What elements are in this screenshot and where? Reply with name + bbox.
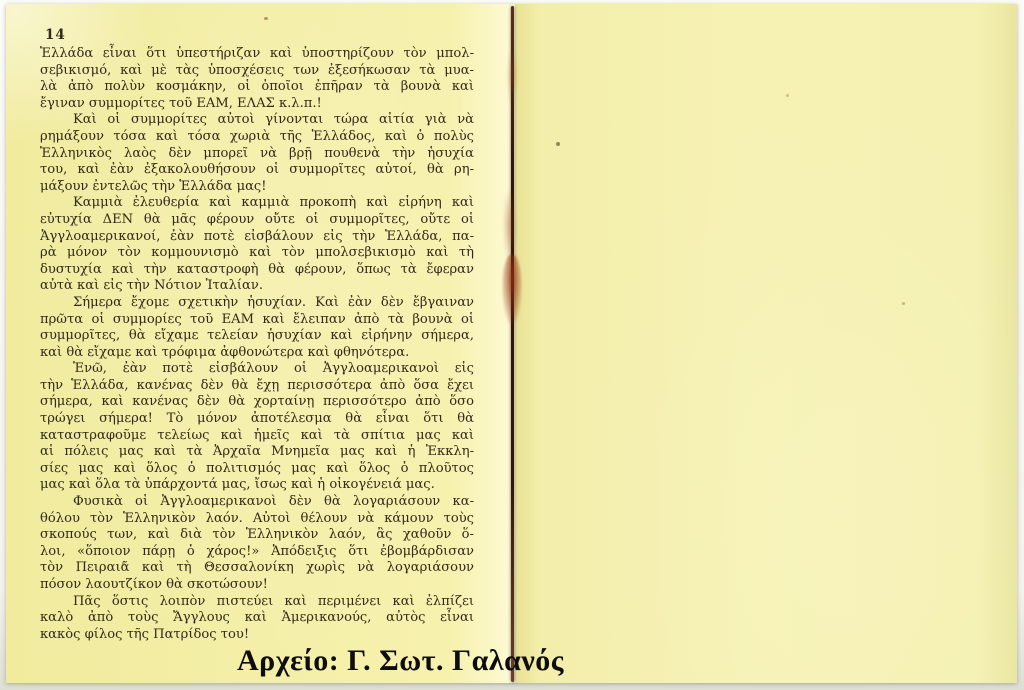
text-line: πρῶτα οἱ συμμορίες τοῦ ΕΑΜ καὶ ἔλειπαν ἀ… bbox=[40, 312, 474, 329]
text-line: Φυσικὰ οἱ Ἀγγλοαμερικανοὶ δὲν θὰ λογαριά… bbox=[40, 494, 474, 511]
text-line: καὶ θὰ εἴχαμε καὶ τρόφιμα ἀφθονώτερα καὶ… bbox=[40, 345, 474, 362]
text-line: σήμερα, καὶ κανένας δὲν θὰ χορταίνῃ περι… bbox=[40, 394, 474, 411]
text-line: κακὸς φίλος τῆς Πατρίδος του! bbox=[40, 627, 474, 644]
text-line: αἱ πόλεις μας καὶ τὰ Ἀρχαῖα Μνημεῖα μας … bbox=[40, 444, 474, 461]
text-line: αὐτὰ καὶ εἰς τὴν Νότιον Ἰταλίαν. bbox=[40, 278, 474, 295]
text-line: δυστυχία καὶ τὴν καταστροφὴ θὰ φέρουν, ὅ… bbox=[40, 262, 474, 279]
text-line: του, καὶ ἐὰν ἐξακολουθήσουν οἱ συμμορῖτε… bbox=[40, 162, 474, 179]
text-line: Ἑλληνικὸς λαὸς δὲν μπορεῖ νὰ βρῇ πουθενὰ… bbox=[40, 146, 474, 163]
text-line: σίες μας καὶ ὅλος ὁ πολιτισμός μας καὶ ὅ… bbox=[40, 461, 474, 478]
text-line: λοι, «ὅποιον πάρῃ ὁ χάρος!» Ἀπόδειξις ὅτ… bbox=[40, 544, 474, 561]
text-line: καλὸ ἀπὸ τοὺς Ἄγγλους καὶ Ἀμερικανούς, α… bbox=[40, 610, 474, 627]
text-line: μας καὶ ὅλα τὰ ὑπάρχοντά μας, ἴσως καὶ ἡ… bbox=[40, 477, 474, 494]
text-line: ρημάξουν τόσα καὶ τόσα χωριὰ τῆς Ἑλλάδος… bbox=[40, 129, 474, 146]
text-line: Καὶ οἱ συμμορίτες αὐτοὶ γίνονται τώρα αἰ… bbox=[40, 112, 474, 129]
text-line: θόλου τὸν Ἑλληνικὸν λαόν. Αὐτοὶ θέλουν ν… bbox=[40, 511, 474, 528]
text-line: μάξουν ἐντελῶς τὴν Ἑλλάδα μας! bbox=[40, 179, 474, 196]
text-line: λὰ ἀπὸ πολὺν κοσμάκην, οἱ ὁποῖοι ἐπῆραν … bbox=[40, 79, 474, 96]
text-line: καταστραφοῦμε τελείως καὶ ἡμεῖς καὶ τὰ σ… bbox=[40, 428, 474, 445]
text-line: Καμμιὰ ἐλευθερία καὶ καμμιὰ προκοπὴ καὶ … bbox=[40, 195, 474, 212]
page-number-left: 14 bbox=[45, 27, 66, 43]
text-line: Ἐνῶ, ἐὰν ποτὲ εἰσβάλουν οἱ Ἀγγλοαμερικαν… bbox=[40, 361, 474, 378]
text-line: Ἀγγλοαμερικανοί, ἐὰν ποτὲ εἰσβάλουν εἰς … bbox=[40, 229, 474, 246]
page-right: 15 Ὁ καθένας βλέπει σήμερα ὅτι ἡ κατάστα… bbox=[515, 4, 1017, 683]
book-gutter-line bbox=[511, 6, 514, 682]
text-line: σεβικισμό, καὶ μὲ τὰς ὑποσχέσεις των ἐξε… bbox=[40, 63, 474, 80]
text-line: ἔγιναν συμμορίτες τοῦ ΕΑΜ, ΕΛΑΣ κ.λ.π.! bbox=[40, 96, 474, 113]
text-line: συμμορῖτες, θὰ εἴχαμε τελείαν ἡσυχίαν κα… bbox=[40, 328, 474, 345]
text-line: τὸν Πειραιᾶ καὶ τὴ Θεσσαλονίκη χωρὶς νὰ … bbox=[40, 560, 474, 577]
text-line: Ἑλλάδα εἶναι ὅτι ὑπεστήριζαν καὶ ὑποστηρ… bbox=[40, 46, 474, 63]
text-line: τρώγει σήμερα! Τὸ μόνον ἀποτέλεσμα θὰ εἶ… bbox=[40, 411, 474, 428]
scanned-book-spread: 14 Ἑλλάδα εἶναι ὅτι ὑπεστήριζαν καὶ ὑποσ… bbox=[0, 0, 1024, 690]
text-line: σκοπούς των, καὶ διὰ τὸν Ἑλληνικὸν λαόν,… bbox=[40, 527, 474, 544]
text-line: Σήμερα ἔχομε σχετικὴν ἡσυχίαν. Καὶ ἐὰν δ… bbox=[40, 295, 474, 312]
page-text-left: Ἑλλάδα εἶναι ὅτι ὑπεστήριζαν καὶ ὑποστηρ… bbox=[40, 46, 474, 643]
page-left: 14 Ἑλλάδα εἶναι ὅτι ὑπεστήριζαν καὶ ὑποσ… bbox=[6, 4, 512, 683]
text-line: Πᾶς ὅστις λοιπὸν πιστεύει καὶ περιμένει … bbox=[40, 594, 474, 611]
text-line: πόσον λαουτζίκον θὰ σκοτώσουν! bbox=[40, 577, 474, 594]
text-line: εὐτυχία ΔΕΝ θὰ μᾶς φέρουν οὔτε οἱ συμμορ… bbox=[40, 212, 474, 229]
text-line: ρὰ μόνον τὸν κομμουνισμὸ καὶ τὸν μπολσεβ… bbox=[40, 245, 474, 262]
book-pages: 14 Ἑλλάδα εἶναι ὅτι ὑπεστήριζαν καὶ ὑποσ… bbox=[6, 4, 1017, 683]
archive-watermark: Αρχείο: Γ. Σωτ. Γαλανός bbox=[237, 644, 564, 678]
text-line: τὴν Ἑλλάδα, κανένας δὲν θὰ ἔχῃ περισσότε… bbox=[40, 378, 474, 395]
